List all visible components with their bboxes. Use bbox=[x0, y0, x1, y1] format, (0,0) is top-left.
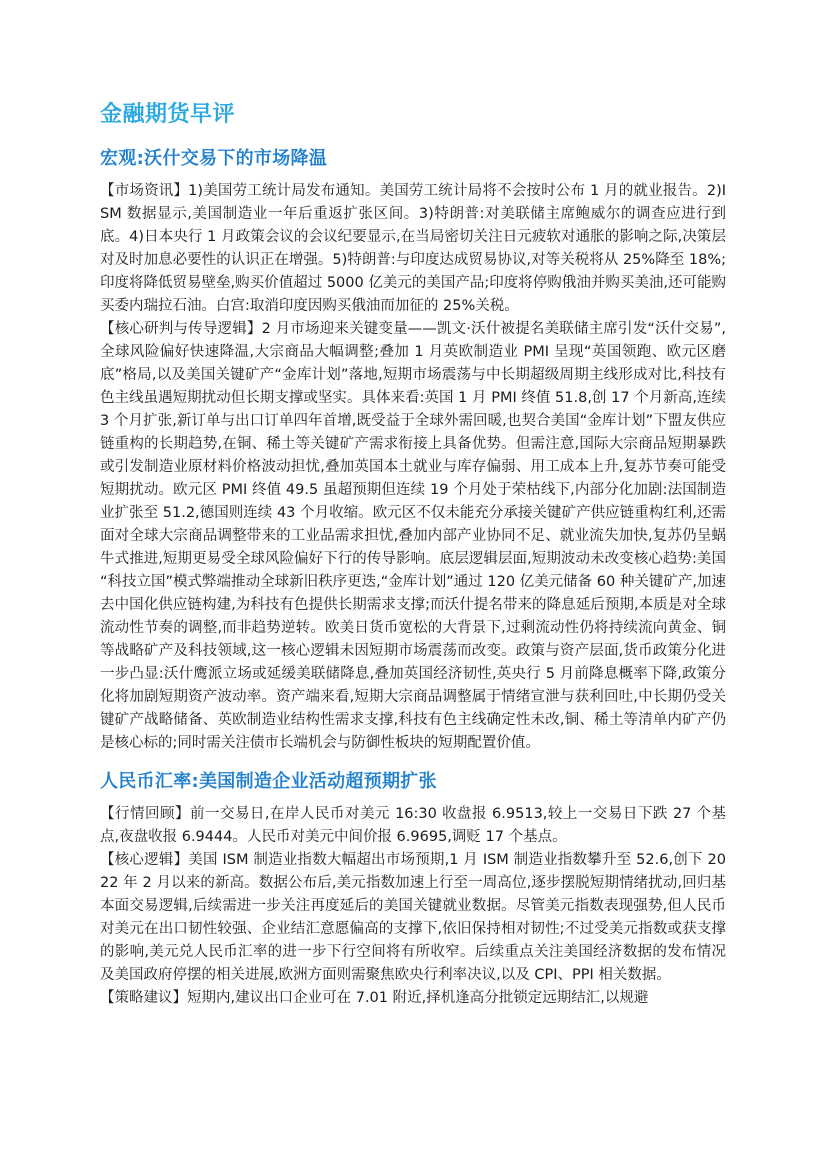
section-rmb-exchange-rate: 人民币汇率:美国制造企业活动超预期扩张 【行情回顾】前一交易日,在岸人民币对美元… bbox=[100, 769, 726, 1010]
paragraph-strategy-advice: 【策略建议】短期内,建议出口企业可在 7.01 附近,择机逢高分批锁定远期结汇,… bbox=[100, 987, 726, 1010]
document-page: 金融期货早评 宏观:沃什交易下的市场降温 【市场资讯】1)美国劳工统计局发布通知… bbox=[0, 0, 826, 1169]
page-title: 金融期货早评 bbox=[100, 100, 726, 130]
paragraph-core-logic: 【核心逻辑】美国 ISM 制造业指数大幅超出市场预期,1 月 ISM 制造业指数… bbox=[100, 849, 726, 987]
paragraph-core-analysis: 【核心研判与传导逻辑】2 月市场迎来关键变量——凯文·沃什被提名美联储主席引发“… bbox=[100, 318, 726, 755]
section-macro: 宏观:沃什交易下的市场降温 【市场资讯】1)美国劳工统计局发布通知。美国劳工统计… bbox=[100, 146, 726, 755]
paragraph-market-review: 【行情回顾】前一交易日,在岸人民币对美元 16:30 收盘报 6.9513,较上… bbox=[100, 803, 726, 849]
section-macro-heading: 宏观:沃什交易下的市场降温 bbox=[100, 146, 726, 172]
paragraph-market-news: 【市场资讯】1)美国劳工统计局发布通知。美国劳工统计局将不会按时公布 1 月的就… bbox=[100, 180, 726, 318]
section-rmb-heading: 人民币汇率:美国制造企业活动超预期扩张 bbox=[100, 769, 726, 795]
